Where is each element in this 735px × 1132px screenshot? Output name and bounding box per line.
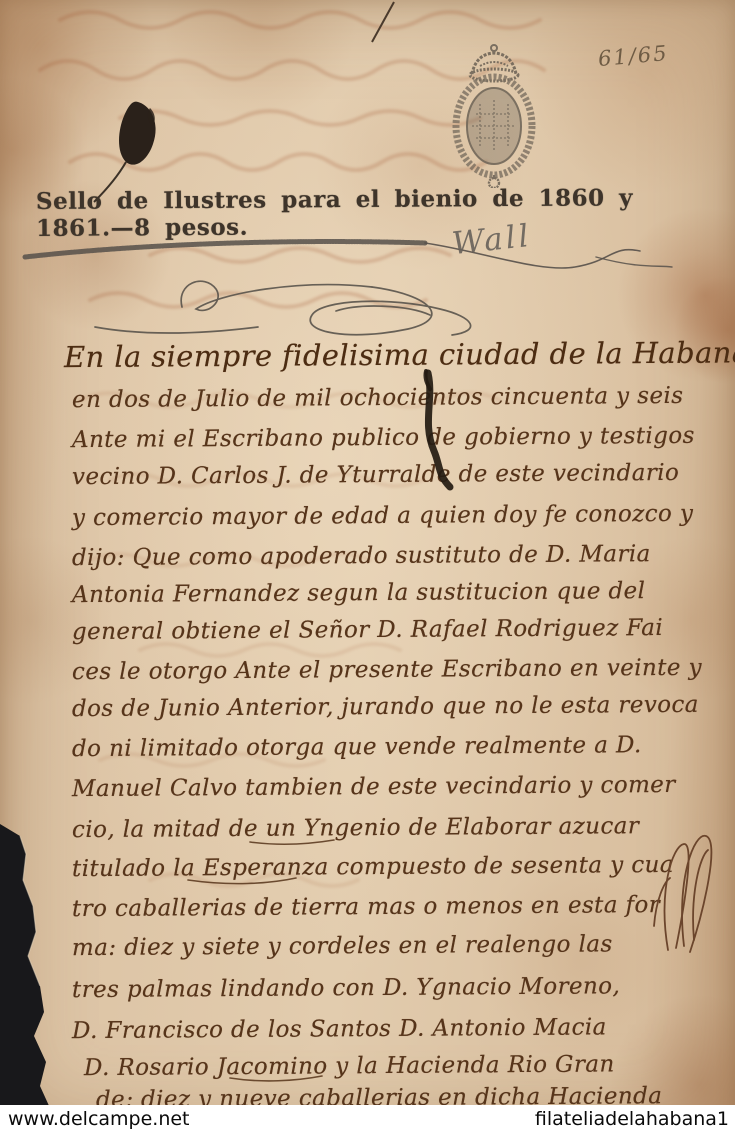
manuscript-line: y comercio mayor de edad a quien doy fe … bbox=[72, 501, 682, 531]
document-scan-page: 61/65 Sello de Ilustres para el bienio d… bbox=[0, 0, 735, 1132]
manuscript-line: cio, la mitad de un Yngenio de Elaborar … bbox=[72, 813, 682, 843]
torn-corner bbox=[0, 818, 70, 1132]
watermark-bar: www.delcampe.net filateliadelahabana1 bbox=[0, 1105, 735, 1132]
manuscript-line: titulado la Esperanza compuesto de sesen… bbox=[72, 852, 682, 882]
manuscript-line: tres palmas lindando con D. Ygnacio More… bbox=[72, 973, 682, 1003]
right-margin-rubric bbox=[634, 828, 734, 968]
watermark-left: www.delcampe.net bbox=[0, 1108, 190, 1130]
manuscript-line: ma: diez y siete y cordeles en el realen… bbox=[72, 931, 682, 961]
manuscript-body: En la siempre fidelisima ciudad de la Ha… bbox=[0, 0, 735, 1132]
watermark-right: filateliadelahabana1 bbox=[535, 1108, 735, 1130]
manuscript-line: dos de Junio Anterior, jurando que no le… bbox=[72, 692, 682, 722]
dark-pen-stroke bbox=[388, 365, 478, 500]
manuscript-line: tro caballerias de tierra mas o menos en… bbox=[72, 892, 682, 922]
manuscript-line: ces le otorgo Ante el presente Escribano… bbox=[72, 655, 682, 685]
manuscript-line: Manuel Calvo tambien de este vecindario … bbox=[72, 772, 682, 802]
manuscript-line: dijo: Que como apoderado sustituto de D.… bbox=[72, 541, 682, 571]
manuscript-line: D. Rosario Jacomino y la Hacienda Rio Gr… bbox=[84, 1051, 694, 1081]
manuscript-line: vecino D. Carlos J. de Yturralde de este… bbox=[72, 460, 682, 490]
manuscript-line: D. Francisco de los Santos D. Antonio Ma… bbox=[72, 1014, 682, 1044]
manuscript-line: en dos de Julio de mil ochocientos cincu… bbox=[72, 383, 682, 413]
manuscript-line: do ni limitado otorga que vende realment… bbox=[72, 732, 682, 762]
manuscript-line: general obtiene el Señor D. Rafael Rodri… bbox=[72, 615, 682, 645]
manuscript-line: En la siempre fidelisima ciudad de la Ha… bbox=[64, 336, 674, 374]
manuscript-line: Antonia Fernandez segun la sustitucion q… bbox=[72, 578, 682, 608]
manuscript-line: Ante mi el Escribano publico de gobierno… bbox=[72, 423, 682, 453]
